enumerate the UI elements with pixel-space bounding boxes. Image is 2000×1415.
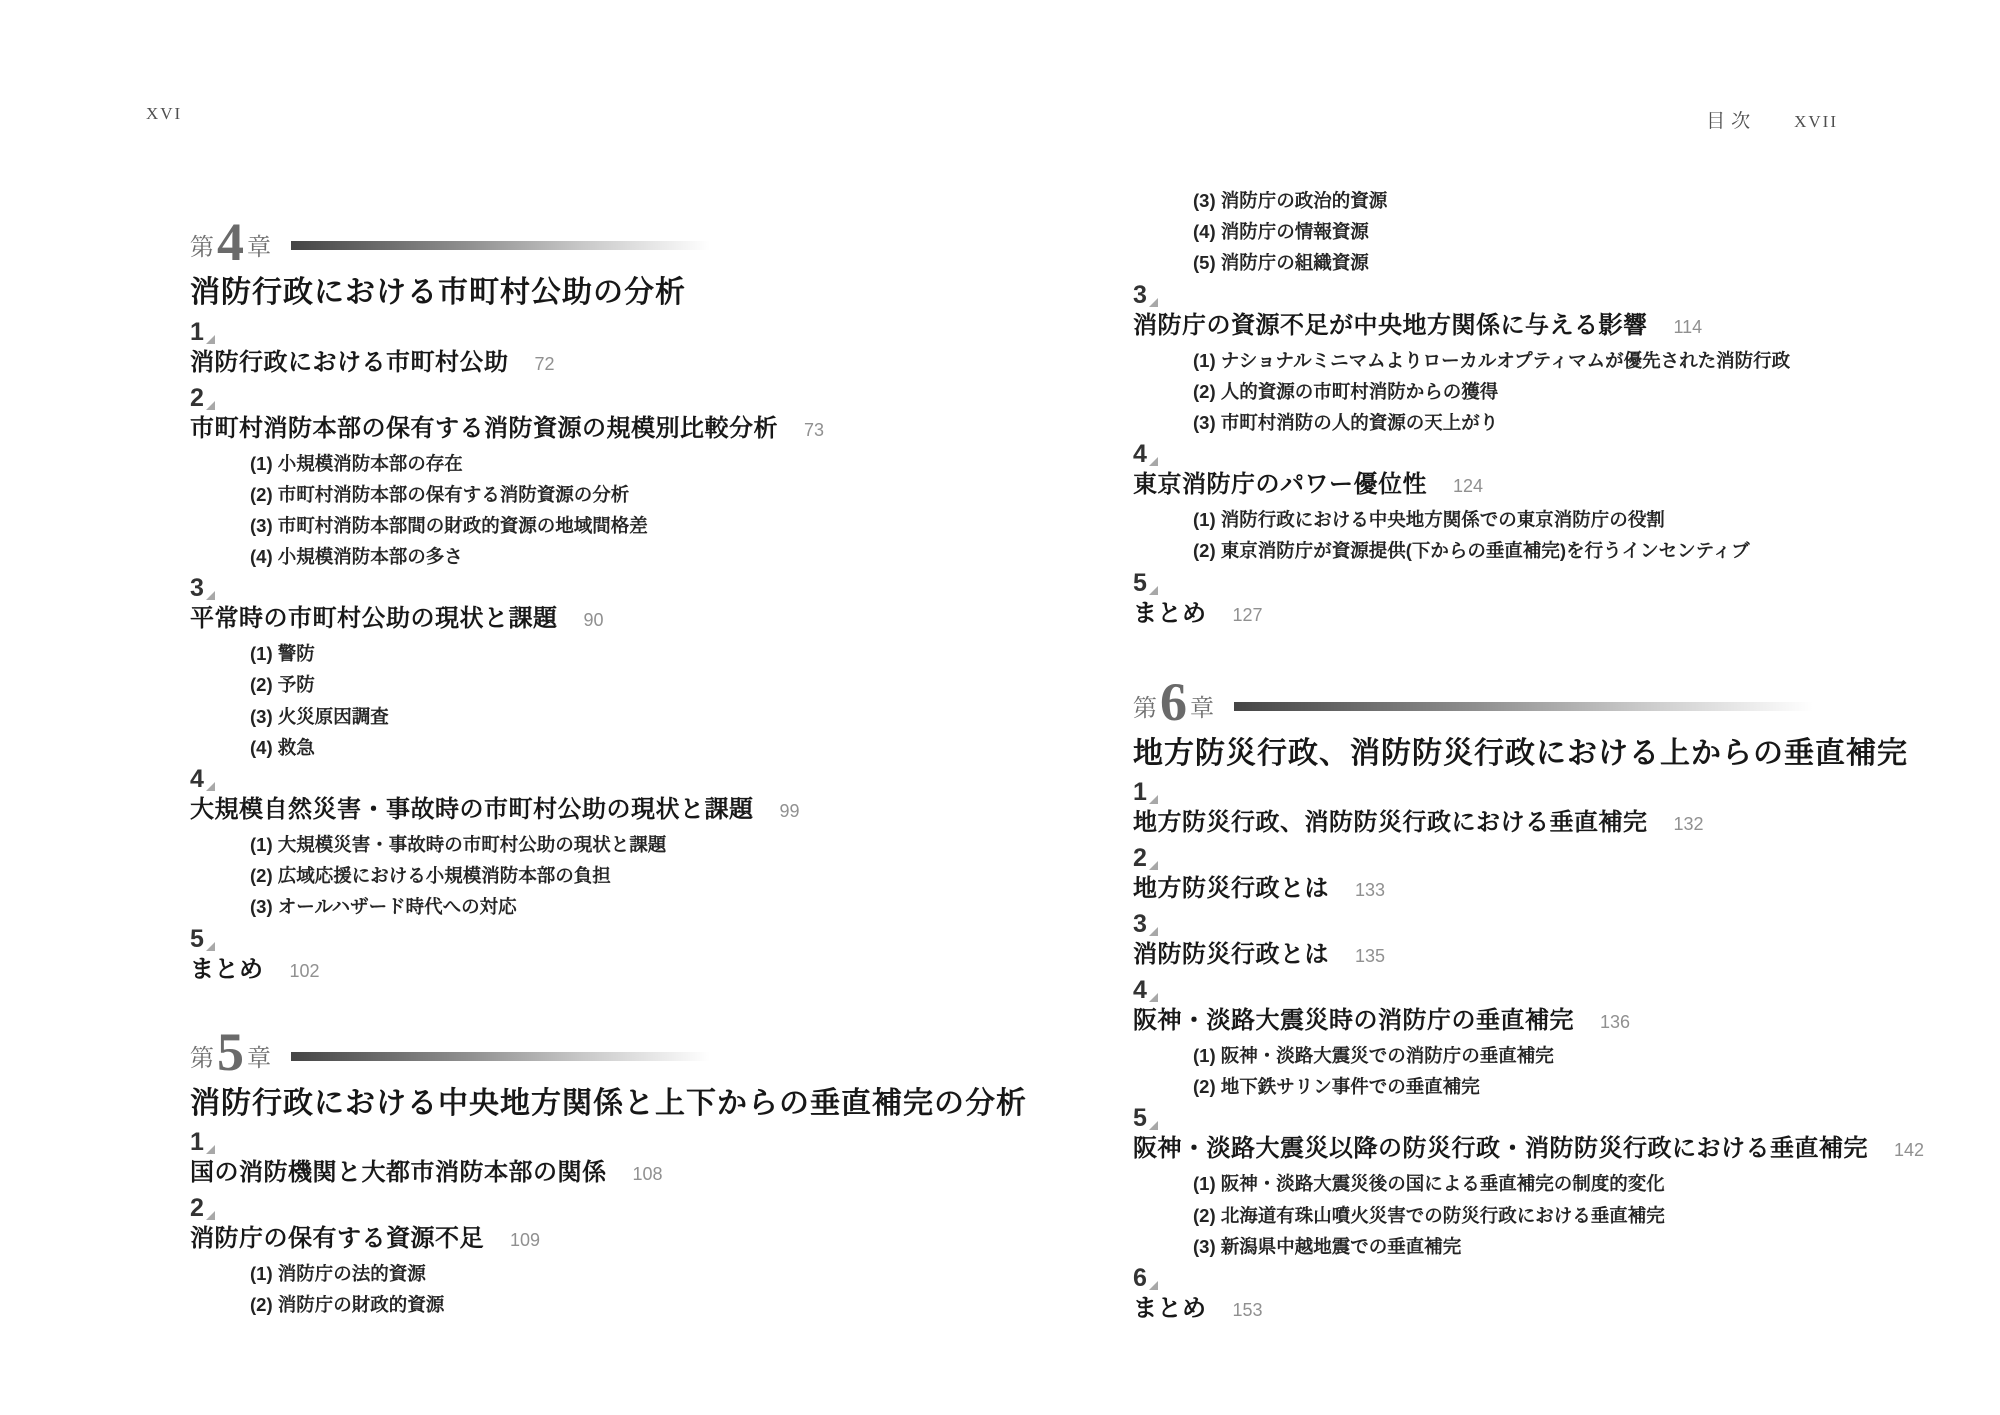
chapter-heading: 第 4 章 消防行政における市町村公助の分析 [190,218,945,312]
entry-number-row: 2 [190,386,945,411]
entry-title: 消防庁の資源不足が中央地方関係に与える影響 [1133,311,1648,341]
toc-entry: 1 消防行政における市町村公助 72 [190,320,945,378]
entry-number-row: 2 [1133,846,1903,871]
entry-page-number: 136 [1600,1012,1630,1033]
triangle-marker-icon [206,401,215,410]
chapter-number: 4 [217,220,244,264]
entry-number-row: 2 [190,1196,945,1221]
toc-sub-item: (2) 東京消防庁が資源提供(下からの垂直補完)を行うインセンティブ [1193,540,1903,562]
entry-page-number: 135 [1355,946,1385,967]
entry-number: 6 [1133,1266,1147,1291]
running-head-label: 目次 [1706,106,1756,133]
entry-number-row: 5 [1133,571,1903,596]
entry-title: 地方防災行政、消防防災行政における垂直補完 [1133,808,1648,838]
toc-entry: 2 市町村消防本部の保有する消防資源の規模別比較分析 73 [190,386,945,444]
chapter-label-prefix: 第 [1133,697,1157,725]
toc-entry: 3 消防防災行政とは 135 [1133,912,1903,970]
right-running-head: 目次 XVII [1706,106,1838,133]
right-page-folio: XVII [1794,112,1838,132]
triangle-marker-icon [206,782,215,791]
entry-title: 消防防災行政とは [1133,940,1329,970]
toc-sub-item: (2) 人的資源の市町村消防からの獲得 [1193,381,1903,403]
entry-title: 東京消防庁のパワー優位性 [1133,470,1427,500]
toc-entry: 1 国の消防機関と大都市消防本部の関係 108 [190,1130,945,1188]
toc-sub-item: (2) 北海道有珠山噴火災害での防災行政における垂直補完 [1193,1205,1903,1227]
toc-sub-item: (1) 消防行政における中央地方関係での東京消防庁の役割 [1193,509,1903,531]
toc-sub-item: (2) 消防庁の財政的資源 [250,1294,945,1316]
toc-sub-item: (3) 新潟県中越地震での垂直補完 [1193,1236,1903,1258]
entry-page-number: 142 [1894,1140,1924,1161]
right-page-column: (3) 消防庁の政治的資源 (4) 消防庁の情報資源 (5) 消防庁の組織資源 … [1133,190,1903,1324]
entry-number: 4 [1133,442,1147,467]
toc-sub-item: (2) 市町村消防本部の保有する消防資源の分析 [250,484,945,506]
chapter-label-prefix: 第 [190,236,214,264]
left-page-column: 第 4 章 消防行政における市町村公助の分析 1 消防行政における市町村公助 7… [190,218,945,1316]
entry-number: 3 [1133,283,1147,308]
chapter-title: 消防行政における市町村公助の分析 [190,274,945,312]
toc-sub-item: (1) ナショナルミニマムよりローカルオプティマムが優先された消防行政 [1193,350,1903,372]
triangle-marker-icon [1149,993,1158,1002]
toc-entry: 2 消防庁の保有する資源不足 109 [190,1196,945,1254]
entry-page-number: 114 [1674,317,1703,338]
chapter-rule [291,241,710,250]
triangle-marker-icon [1149,586,1158,595]
toc-sub-item: (3) 火災原因調査 [250,706,945,728]
entry-page-number: 90 [584,610,604,631]
entry-title: 阪神・淡路大震災以降の防災行政・消防防災行政における垂直補完 [1133,1134,1868,1164]
toc-sub-item: (1) 阪神・淡路大震災での消防庁の垂直補完 [1193,1045,1903,1067]
toc-sub-item: (3) 消防庁の政治的資源 [1193,190,1903,212]
toc-entry: 5 まとめ 127 [1133,571,1903,629]
toc-entry: 4 東京消防庁のパワー優位性 124 [1133,442,1903,500]
entry-title: 地方防災行政とは [1133,874,1329,904]
entry-title: 阪神・淡路大震災時の消防庁の垂直補完 [1133,1006,1574,1036]
toc-sub-item: (3) 市町村消防の人的資源の天上がり [1193,412,1903,434]
entry-number-row: 4 [190,767,945,792]
entry-page-number: 132 [1674,814,1704,835]
toc-entry: 3 平常時の市町村公助の現状と課題 90 [190,576,945,634]
chapter-label-suffix: 章 [247,236,271,264]
entry-number-row: 1 [1133,780,1903,805]
entry-number: 5 [1133,1106,1147,1131]
triangle-marker-icon [1149,927,1158,936]
entry-number: 1 [190,1130,204,1155]
entry-number: 2 [1133,846,1147,871]
toc-sub-item: (1) 阪神・淡路大震災後の国による垂直補完の制度的変化 [1193,1173,1903,1195]
entry-number-row: 4 [1133,442,1903,467]
toc-entry: 3 消防庁の資源不足が中央地方関係に与える影響 114 [1133,283,1903,341]
chapter-title: 消防行政における中央地方関係と上下からの垂直補完の分析 [190,1085,945,1123]
chapter-label-suffix: 章 [247,1047,271,1075]
toc-sub-item: (4) 小規模消防本部の多さ [250,546,945,568]
triangle-marker-icon [1149,861,1158,870]
chapter-number-row: 第 4 章 [190,218,710,264]
chapter-number-row: 第 6 章 [1133,679,1813,725]
entry-number: 4 [190,767,204,792]
toc-sub-item: (1) 大規模災害・事故時の市町村公助の現状と課題 [250,834,945,856]
entry-number: 2 [190,1196,204,1221]
entry-page-number: 124 [1453,476,1483,497]
toc-sub-item: (3) オールハザード時代への対応 [250,896,945,918]
entry-number-row: 5 [190,927,945,952]
toc-entry: 5 阪神・淡路大震災以降の防災行政・消防防災行政における垂直補完 142 [1133,1106,1903,1164]
entry-title: 市町村消防本部の保有する消防資源の規模別比較分析 [190,414,778,444]
toc-sub-item: (2) 予防 [250,674,945,696]
entry-number-row: 3 [1133,912,1903,937]
triangle-marker-icon [206,335,215,344]
entry-title: 消防行政における市町村公助 [190,348,509,378]
toc-entry: 1 地方防災行政、消防防災行政における垂直補完 132 [1133,780,1903,838]
chapter-title: 地方防災行政、消防防災行政における上からの垂直補完 [1133,735,1903,773]
chapter-label-prefix: 第 [190,1047,214,1075]
entry-number-row: 6 [1133,1266,1903,1291]
toc-sub-item: (3) 市町村消防本部間の財政的資源の地域間格差 [250,515,945,537]
entry-title: 消防庁の保有する資源不足 [190,1224,484,1254]
entry-page-number: 109 [510,1230,540,1251]
entry-number: 1 [1133,780,1147,805]
toc-sub-item: (4) 消防庁の情報資源 [1193,221,1903,243]
entry-number: 3 [190,576,204,601]
toc-sub-item: (1) 警防 [250,643,945,665]
triangle-marker-icon [1149,1281,1158,1290]
triangle-marker-icon [1149,457,1158,466]
entry-number: 4 [1133,978,1147,1003]
entry-number: 5 [190,927,204,952]
toc-entry: 5 まとめ 102 [190,927,945,985]
toc-sub-item: (4) 救急 [250,737,945,759]
left-page-folio: XVI [146,104,182,124]
triangle-marker-icon [206,942,215,951]
triangle-marker-icon [206,1211,215,1220]
entry-page-number: 72 [535,354,555,375]
entry-number: 5 [1133,571,1147,596]
entry-page-number: 127 [1233,605,1263,626]
entry-title: 平常時の市町村公助の現状と課題 [190,604,558,634]
chapter-number-row: 第 5 章 [190,1029,710,1075]
chapter-rule [1234,702,1813,711]
toc-entry: 2 地方防災行政とは 133 [1133,846,1903,904]
entry-page-number: 102 [290,961,320,982]
entry-title: 国の消防機関と大都市消防本部の関係 [190,1158,607,1188]
toc-sub-item: (2) 地下鉄サリン事件での垂直補完 [1193,1076,1903,1098]
chapter-number: 6 [1160,680,1187,724]
entry-title: まとめ [1133,1294,1207,1324]
entry-number-row: 3 [190,576,945,601]
entry-number-row: 4 [1133,978,1903,1003]
entry-number-row: 5 [1133,1106,1903,1131]
entry-page-number: 73 [804,420,824,441]
triangle-marker-icon [206,1145,215,1154]
entry-title: 大規模自然災害・事故時の市町村公助の現状と課題 [190,795,754,825]
entry-number: 2 [190,386,204,411]
chapter-heading: 第 6 章 地方防災行政、消防防災行政における上からの垂直補完 [1133,679,1903,773]
entry-page-number: 153 [1233,1300,1263,1321]
toc-entry: 4 大規模自然災害・事故時の市町村公助の現状と課題 99 [190,767,945,825]
chapter-rule [291,1052,710,1061]
entry-number-row: 3 [1133,283,1903,308]
entry-title: まとめ [1133,599,1207,629]
entry-number: 1 [190,320,204,345]
entry-number-row: 1 [190,320,945,345]
entry-page-number: 108 [633,1164,663,1185]
entry-page-number: 99 [780,801,800,822]
toc-spread: XVI 目次 XVII 第 4 章 消防行政における市町村公助の分析 1 消防行… [0,0,2000,1415]
entry-number-row: 1 [190,1130,945,1155]
entry-title: まとめ [190,955,264,985]
toc-sub-item: (1) 消防庁の法的資源 [250,1263,945,1285]
triangle-marker-icon [1149,1121,1158,1130]
toc-sub-item: (1) 小規模消防本部の存在 [250,453,945,475]
entry-page-number: 133 [1355,880,1385,901]
triangle-marker-icon [1149,298,1158,307]
entry-number: 3 [1133,912,1147,937]
chapter-label-suffix: 章 [1190,697,1214,725]
toc-entry: 4 阪神・淡路大震災時の消防庁の垂直補完 136 [1133,978,1903,1036]
chapter-heading: 第 5 章 消防行政における中央地方関係と上下からの垂直補完の分析 [190,1029,945,1123]
triangle-marker-icon [1149,795,1158,804]
triangle-marker-icon [206,591,215,600]
toc-sub-item: (5) 消防庁の組織資源 [1193,252,1903,274]
toc-sub-item: (2) 広域応援における小規模消防本部の負担 [250,865,945,887]
toc-entry: 6 まとめ 153 [1133,1266,1903,1324]
chapter-number: 5 [217,1030,244,1074]
